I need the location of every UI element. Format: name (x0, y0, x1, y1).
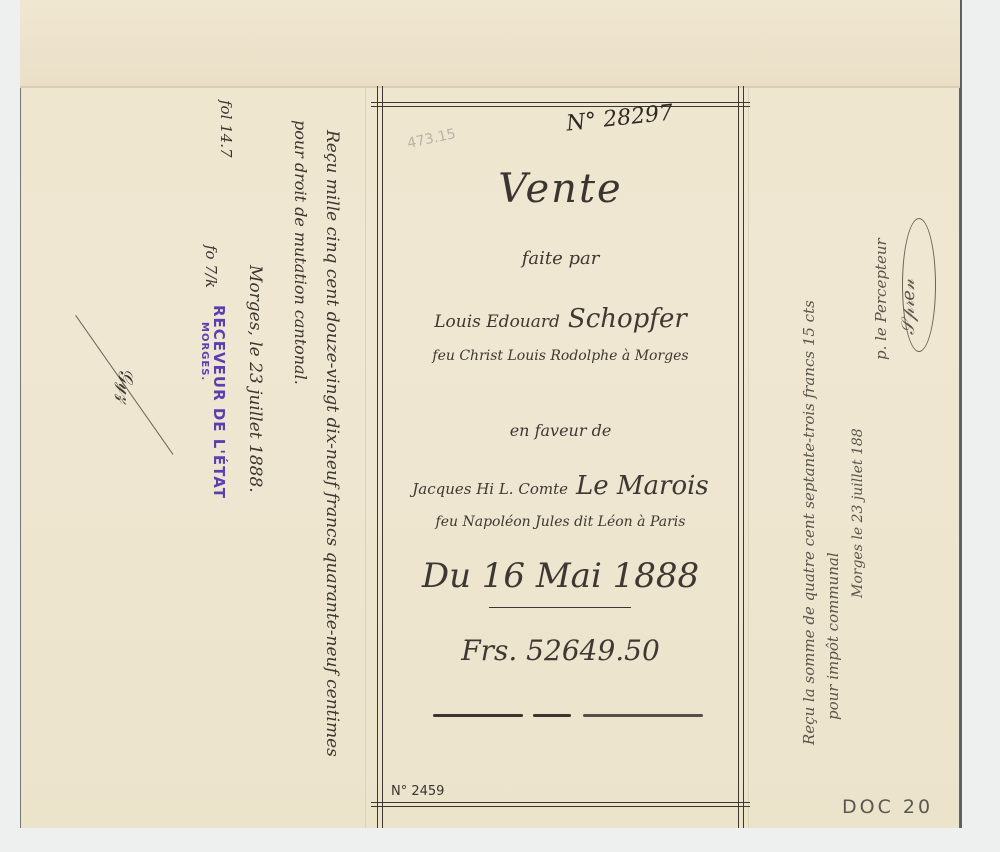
buyer-name: Jacques Hi L. ComteLe Marois (371, 471, 750, 501)
seller-surname: Schopfer (568, 304, 687, 334)
document-number: N° 2459 (391, 784, 444, 799)
buyer-surname: Le Marois (576, 471, 709, 501)
tax-office-stamp: RECEVEUR DE L'ÉTAT (210, 305, 228, 499)
folded-top-flap (20, 0, 960, 88)
percepteur-signature-icon: 𝒮𝓅𝓇𝑒𝓃 (898, 279, 919, 335)
commune-receipt-line-1: Reçu la somme de quatre cent septante-tr… (800, 300, 818, 745)
receipt-line-2: pour droit de mutation cantonal. (291, 120, 310, 385)
pencil-note: 473.15 (406, 126, 457, 152)
archive-label: DOC 20 (842, 796, 933, 818)
fold-line (365, 86, 366, 828)
date-underline (489, 607, 631, 608)
commune-receipt-date: Morges le 23 juillet 188 (850, 428, 866, 598)
percepteur-label: p. le Percepteur (872, 238, 890, 360)
seller-details: feu Christ Louis Rodolphe à Morges (371, 348, 750, 364)
in-favour-label: en faveur de (371, 421, 750, 440)
receipt-date: Morges, le 23 juillet 1888. (245, 265, 265, 493)
folio-note-2: fo 7/k (202, 245, 220, 288)
cover-panel: N° 28297 473.15 Vente faite par Louis Ed… (371, 86, 750, 828)
made-by-label: faite par (371, 248, 750, 269)
buyer-given-names: Jacques Hi L. Comte (412, 480, 568, 498)
buyer-details: feu Napoléon Jules dit Léon à Paris (371, 514, 750, 530)
seller-name: Louis EdouardSchopfer (371, 304, 750, 334)
commune-receipt-line-2: pour impôt communal (824, 552, 842, 720)
document-title: Vente (371, 166, 750, 212)
folio-note: fol 14.7 (217, 100, 235, 158)
document-sheet: N° 28297 473.15 Vente faite par Louis Ed… (20, 0, 962, 828)
sale-date: Du 16 Mai 1888 (371, 556, 750, 596)
receiver-signature-icon: 𝒢𝓎𝓏 (114, 368, 138, 403)
tax-office-stamp-city: MORGES. (199, 322, 210, 381)
seller-given-names: Louis Edouard (434, 312, 560, 332)
receipt-line-1: Reçu mille cinq cent douze-vingt dix-neu… (322, 130, 342, 757)
sale-amount: Frs. 52649.50 (371, 634, 750, 667)
